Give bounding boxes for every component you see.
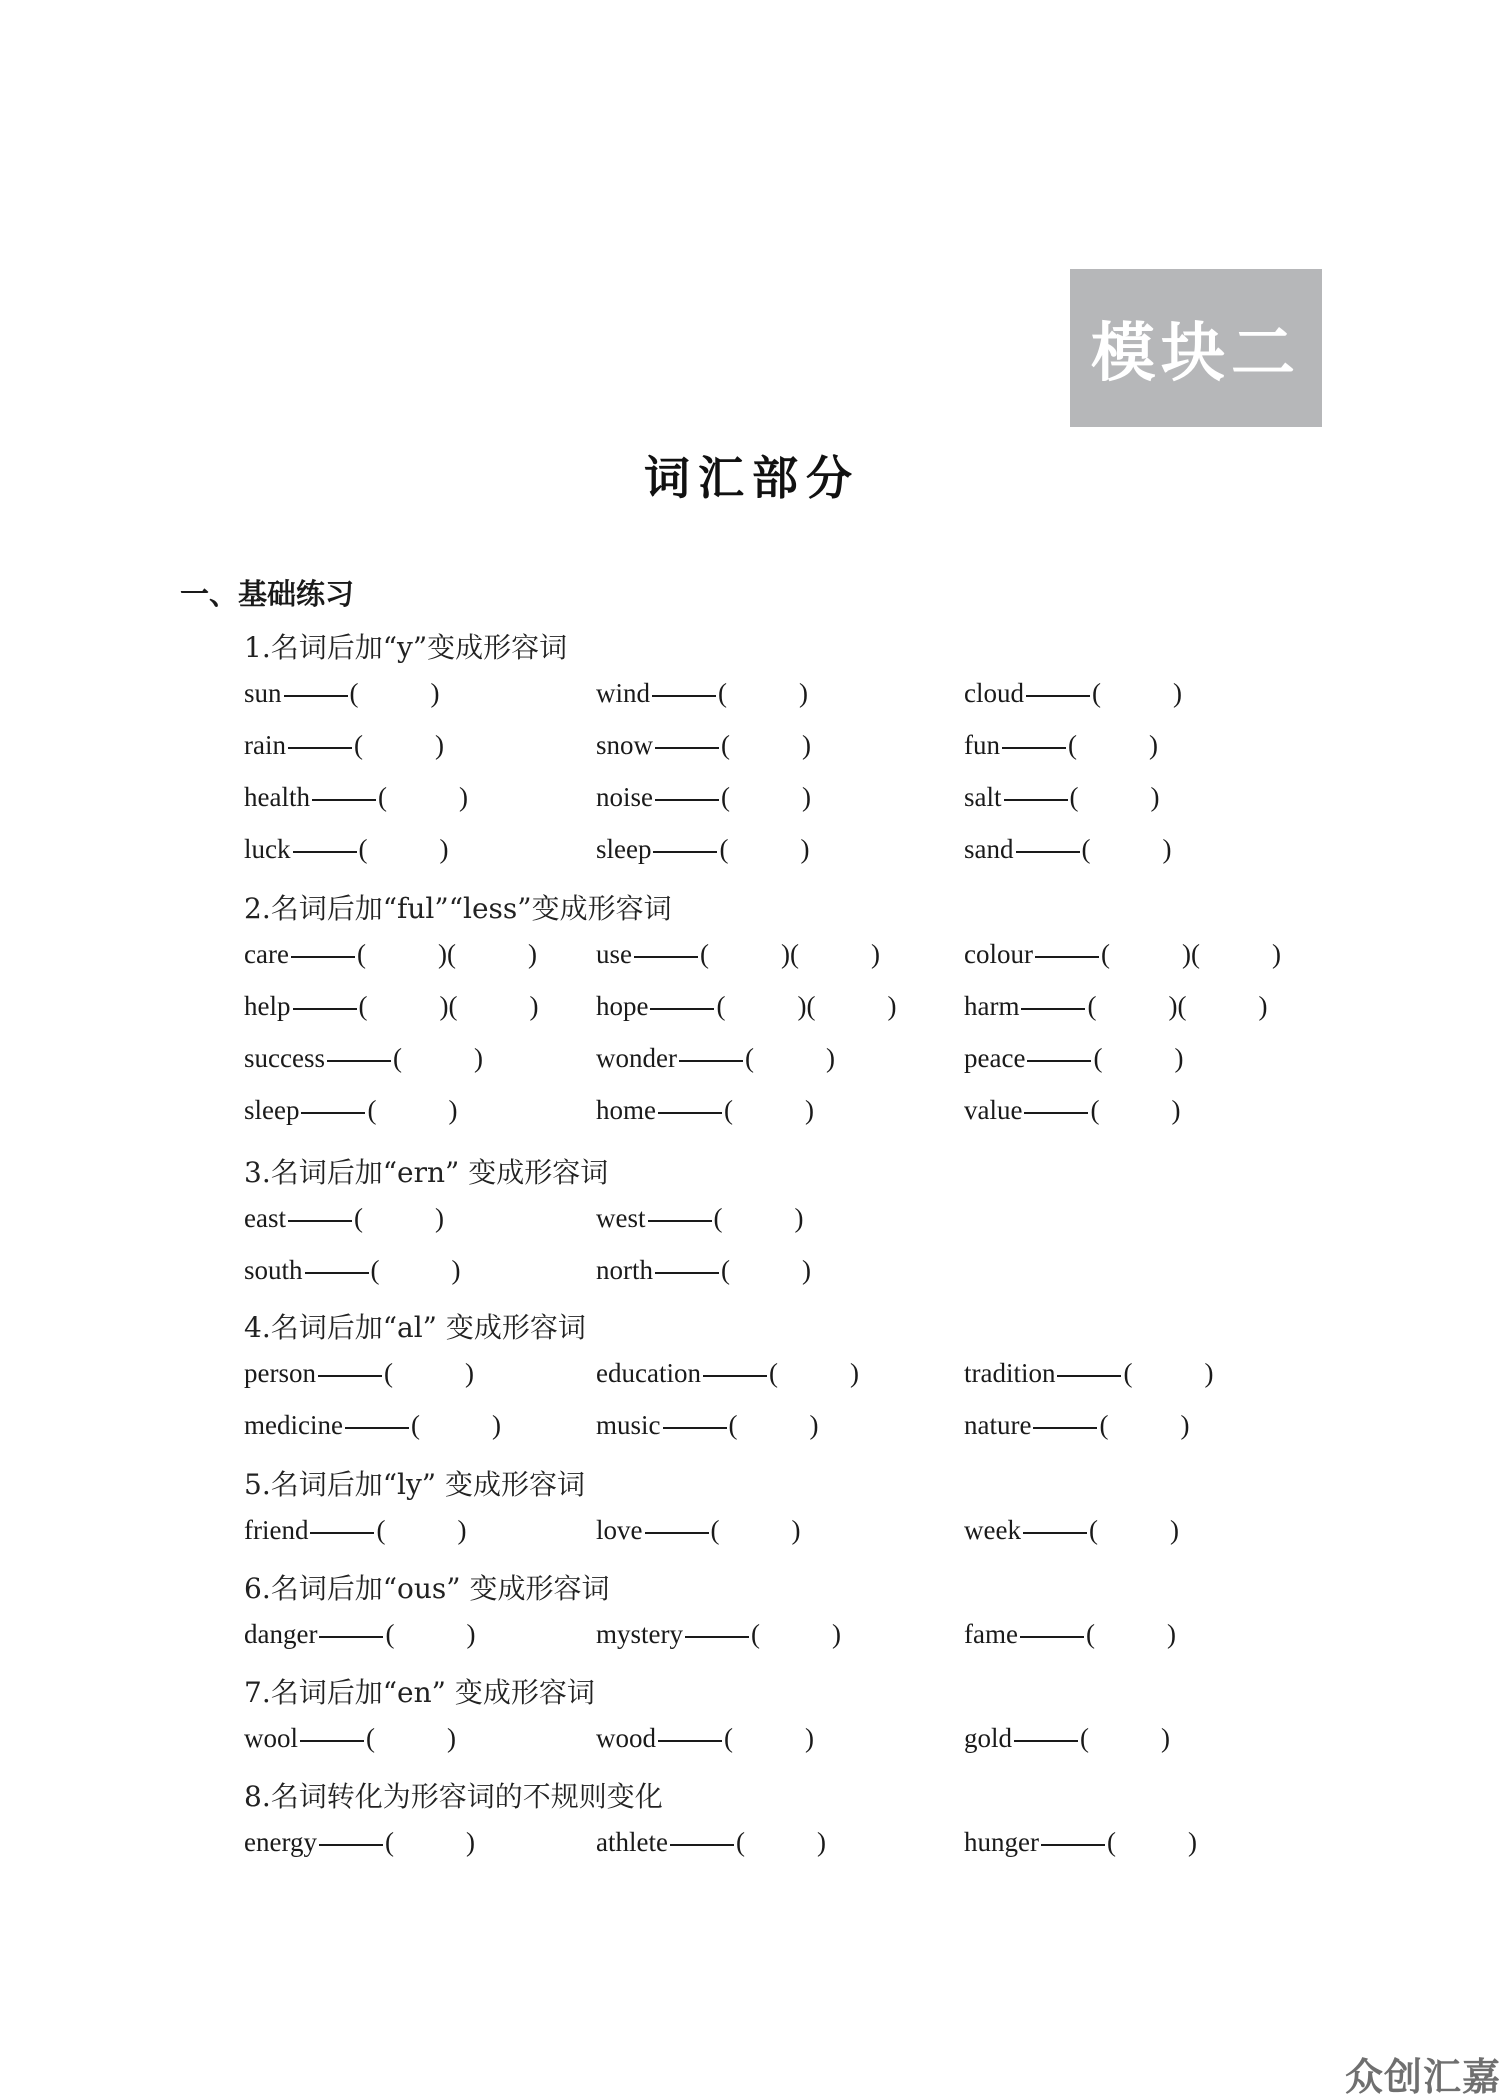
exercise-item: friend() — [244, 1515, 466, 1546]
dash-line — [650, 1008, 714, 1010]
exercise-item: sun() — [244, 678, 440, 709]
noun-word: south — [244, 1255, 303, 1285]
dash-line — [1057, 1375, 1121, 1377]
module-badge-label: 模块二 — [1091, 302, 1301, 394]
answer-blank[interactable]: () — [367, 1095, 457, 1125]
noun-word: sand — [964, 834, 1014, 864]
noun-word: tradition — [964, 1358, 1055, 1388]
dash-line — [658, 1740, 722, 1742]
exercise-item: week() — [964, 1515, 1179, 1546]
exercise-item: love() — [596, 1515, 801, 1546]
exercise-group-title: 5.名词后加“ly” 变成形容词 — [244, 1463, 585, 1503]
answer-blank[interactable]: () — [376, 1515, 466, 1545]
exercise-item: fame() — [964, 1619, 1176, 1650]
exercise-item: cloud() — [964, 678, 1182, 709]
answer-blank[interactable]: () — [711, 1515, 801, 1545]
noun-word: friend — [244, 1515, 308, 1545]
exercise-row: danger()mystery()fame() — [0, 1619, 1504, 1659]
noun-word: week — [964, 1515, 1021, 1545]
dash-line — [1024, 1112, 1088, 1114]
answer-blank[interactable]: () — [359, 991, 449, 1021]
answer-blank[interactable]: () — [724, 1723, 814, 1753]
exercise-item: health() — [244, 782, 468, 813]
exercise-row: health()noise()salt() — [0, 782, 1504, 822]
answer-blank[interactable]: () — [1090, 1095, 1180, 1125]
noun-word: sleep — [596, 834, 651, 864]
exercise-item: athlete() — [596, 1827, 826, 1858]
noun-word: peace — [964, 1043, 1025, 1073]
noun-word: noise — [596, 782, 653, 812]
answer-blank[interactable]: () — [447, 939, 537, 969]
exercise-item: wool() — [244, 1723, 456, 1754]
answer-blank[interactable]: () — [1087, 991, 1177, 1021]
noun-word: success — [244, 1043, 325, 1073]
noun-word: nature — [964, 1410, 1031, 1440]
answer-blank[interactable]: () — [385, 1619, 475, 1649]
exercise-item: music() — [596, 1410, 819, 1441]
dash-line — [1020, 1636, 1084, 1638]
dash-line — [288, 747, 352, 749]
dash-line — [310, 1532, 374, 1534]
answer-blank[interactable]: () — [384, 1358, 474, 1388]
noun-word: colour — [964, 939, 1033, 969]
answer-blank[interactable]: () — [729, 1410, 819, 1440]
answer-blank[interactable]: () — [806, 991, 896, 1021]
noun-word: wool — [244, 1723, 298, 1753]
answer-blank[interactable]: () — [721, 730, 811, 760]
answer-blank[interactable]: () — [366, 1723, 456, 1753]
answer-blank[interactable]: () — [1082, 834, 1172, 864]
answer-blank[interactable]: () — [721, 1255, 811, 1285]
dash-line — [312, 799, 376, 801]
dash-line — [679, 1060, 743, 1062]
noun-word: home — [596, 1095, 656, 1125]
dash-line — [655, 747, 719, 749]
noun-word: value — [964, 1095, 1022, 1125]
exercise-item: east() — [244, 1203, 444, 1234]
dash-line — [1021, 1008, 1085, 1010]
answer-blank[interactable]: () — [1080, 1723, 1170, 1753]
dash-line — [1016, 851, 1080, 853]
answer-blank[interactable]: () — [1092, 678, 1182, 708]
exercise-group-title: 8.名词转化为形容词的不规则变化 — [244, 1775, 663, 1815]
exercise-item: wind() — [596, 678, 808, 709]
noun-word: fame — [964, 1619, 1018, 1649]
exercise-item: hope()() — [596, 991, 896, 1022]
dash-line — [652, 695, 716, 697]
noun-word: west — [596, 1203, 646, 1233]
module-badge: 模块二 — [1070, 269, 1322, 427]
exercise-item: medicine() — [244, 1410, 501, 1441]
answer-blank[interactable]: () — [769, 1358, 859, 1388]
answer-blank[interactable]: () — [1101, 939, 1191, 969]
noun-word: danger — [244, 1619, 317, 1649]
answer-blank[interactable]: () — [354, 1203, 444, 1233]
noun-word: health — [244, 782, 310, 812]
noun-word: sun — [244, 678, 282, 708]
dash-line — [648, 1220, 712, 1222]
answer-blank[interactable]: () — [721, 782, 811, 812]
dash-line — [655, 799, 719, 801]
answer-blank[interactable]: () — [1177, 991, 1267, 1021]
noun-word: care — [244, 939, 289, 969]
answer-blank[interactable]: () — [1086, 1619, 1176, 1649]
noun-word: gold — [964, 1723, 1012, 1753]
exercise-item: help()() — [244, 991, 539, 1022]
answer-blank[interactable]: () — [1068, 730, 1158, 760]
dash-line — [1014, 1740, 1078, 1742]
exercise-row: rain()snow()fun() — [0, 730, 1504, 770]
noun-word: snow — [596, 730, 653, 760]
noun-word: music — [596, 1410, 661, 1440]
exercise-row: help()()hope()()harm()() — [0, 991, 1504, 1031]
dash-line — [1004, 799, 1068, 801]
exercise-row: person()education()tradition() — [0, 1358, 1504, 1398]
exercise-item: snow() — [596, 730, 811, 761]
exercise-group-title: 2.名词后加“ful”“less”变成形容词 — [244, 887, 672, 927]
exercise-item: gold() — [964, 1723, 1170, 1754]
dash-line — [301, 1112, 365, 1114]
exercise-item: luck() — [244, 834, 449, 865]
exercise-item: west() — [596, 1203, 804, 1234]
noun-word: hunger — [964, 1827, 1039, 1857]
answer-blank[interactable]: () — [359, 834, 449, 864]
answer-blank[interactable]: () — [1107, 1827, 1197, 1857]
answer-blank[interactable]: () — [1093, 1043, 1183, 1073]
exercise-row: sun()wind()cloud() — [0, 678, 1504, 718]
dash-line — [1041, 1844, 1105, 1846]
exercise-item: wonder() — [596, 1043, 835, 1074]
dash-line — [658, 1112, 722, 1114]
dash-line — [293, 1008, 357, 1010]
noun-word: east — [244, 1203, 286, 1233]
exercise-item: wood() — [596, 1723, 814, 1754]
exercise-item: energy() — [244, 1827, 475, 1858]
exercise-row: east()west() — [0, 1203, 1504, 1243]
exercise-row: energy()athlete()hunger() — [0, 1827, 1504, 1867]
answer-blank[interactable]: () — [700, 939, 790, 969]
noun-word: athlete — [596, 1827, 668, 1857]
answer-blank[interactable]: () — [378, 782, 468, 812]
exercise-item: rain() — [244, 730, 444, 761]
exercise-item: home() — [596, 1095, 814, 1126]
noun-word: salt — [964, 782, 1002, 812]
answer-blank[interactable]: () — [716, 991, 806, 1021]
exercise-item: tradition() — [964, 1358, 1213, 1389]
dash-line — [319, 1636, 383, 1638]
exercise-group-title: 4.名词后加“al” 变成形容词 — [244, 1306, 586, 1346]
noun-word: help — [244, 991, 291, 1021]
answer-blank[interactable]: () — [736, 1827, 826, 1857]
dash-line — [655, 1272, 719, 1274]
answer-blank[interactable]: () — [385, 1827, 475, 1857]
dash-line — [300, 1740, 364, 1742]
exercise-item: south() — [244, 1255, 461, 1286]
answer-blank[interactable]: () — [449, 991, 539, 1021]
exercise-item: nature() — [964, 1410, 1189, 1441]
answer-blank[interactable]: () — [751, 1619, 841, 1649]
dash-line — [305, 1272, 369, 1274]
exercise-row: care()()use()()colour()() — [0, 939, 1504, 979]
exercise-item: education() — [596, 1358, 859, 1389]
dash-line — [1002, 747, 1066, 749]
noun-word: love — [596, 1515, 643, 1545]
dash-line — [327, 1060, 391, 1062]
section-heading: 一、基础练习 — [180, 572, 354, 613]
answer-blank[interactable]: () — [1099, 1410, 1189, 1440]
dash-line — [670, 1844, 734, 1846]
noun-word: north — [596, 1255, 653, 1285]
watermark-logo: 众创汇嘉 — [1345, 2046, 1501, 2094]
noun-word: wonder — [596, 1043, 677, 1073]
exercise-group-title: 6.名词后加“ous” 变成形容词 — [244, 1567, 610, 1607]
answer-blank[interactable]: () — [719, 834, 809, 864]
answer-blank[interactable]: () — [350, 678, 440, 708]
answer-blank[interactable]: () — [714, 1203, 804, 1233]
exercise-group-title: 3.名词后加“ern” 变成形容词 — [244, 1151, 608, 1191]
answer-blank[interactable]: () — [371, 1255, 461, 1285]
exercise-item: mystery() — [596, 1619, 841, 1650]
exercise-item: harm()() — [964, 991, 1267, 1022]
dash-line — [291, 956, 355, 958]
exercise-row: medicine()music()nature() — [0, 1410, 1504, 1450]
exercise-group-title: 7.名词后加“en” 变成形容词 — [244, 1671, 595, 1711]
exercise-item: sleep() — [244, 1095, 457, 1126]
exercise-row: south()north() — [0, 1255, 1504, 1295]
noun-word: hope — [596, 991, 648, 1021]
dash-line — [288, 1220, 352, 1222]
exercise-item: noise() — [596, 782, 811, 813]
page-title: 词汇部分 — [0, 442, 1504, 508]
exercise-item: hunger() — [964, 1827, 1197, 1858]
dash-line — [703, 1375, 767, 1377]
exercise-item: person() — [244, 1358, 474, 1389]
exercise-item: sleep() — [596, 834, 809, 865]
exercise-row: sleep()home()value() — [0, 1095, 1504, 1135]
dash-line — [1033, 1427, 1097, 1429]
answer-blank[interactable]: () — [1123, 1358, 1213, 1388]
answer-blank[interactable]: () — [790, 939, 880, 969]
exercise-item: peace() — [964, 1043, 1183, 1074]
exercise-item: fun() — [964, 730, 1158, 761]
exercise-item: colour()() — [964, 939, 1281, 970]
noun-word: cloud — [964, 678, 1024, 708]
answer-blank[interactable]: () — [1070, 782, 1160, 812]
exercise-row: success()wonder()peace() — [0, 1043, 1504, 1083]
noun-word: harm — [964, 991, 1019, 1021]
dash-line — [319, 1844, 383, 1846]
dash-line — [284, 695, 348, 697]
dash-line — [1026, 695, 1090, 697]
dash-line — [685, 1636, 749, 1638]
exercise-row: wool()wood()gold() — [0, 1723, 1504, 1763]
noun-word: luck — [244, 834, 291, 864]
dash-line — [293, 851, 357, 853]
answer-blank[interactable]: () — [1089, 1515, 1179, 1545]
exercise-item: salt() — [964, 782, 1160, 813]
noun-word: sleep — [244, 1095, 299, 1125]
exercise-item: danger() — [244, 1619, 475, 1650]
dash-line — [345, 1427, 409, 1429]
dash-line — [1035, 956, 1099, 958]
exercise-item: north() — [596, 1255, 811, 1286]
answer-blank[interactable]: () — [393, 1043, 483, 1073]
exercise-row: friend()love()week() — [0, 1515, 1504, 1555]
answer-blank[interactable]: () — [718, 678, 808, 708]
exercise-item: care()() — [244, 939, 537, 970]
exercise-group-title: 1.名词后加“y”变成形容词 — [244, 626, 567, 666]
answer-blank[interactable]: () — [411, 1410, 501, 1440]
noun-word: use — [596, 939, 632, 969]
noun-word: wood — [596, 1723, 656, 1753]
dash-line — [653, 851, 717, 853]
dash-line — [634, 956, 698, 958]
exercise-item: success() — [244, 1043, 483, 1074]
exercise-row: luck()sleep()sand() — [0, 834, 1504, 874]
noun-word: fun — [964, 730, 1000, 760]
dash-line — [318, 1375, 382, 1377]
noun-word: person — [244, 1358, 316, 1388]
exercise-item: sand() — [964, 834, 1172, 865]
exercise-item: use()() — [596, 939, 880, 970]
dash-line — [1027, 1060, 1091, 1062]
exercise-item: value() — [964, 1095, 1180, 1126]
dash-line — [1023, 1532, 1087, 1534]
answer-blank[interactable]: () — [724, 1095, 814, 1125]
answer-blank[interactable]: () — [354, 730, 444, 760]
noun-word: wind — [596, 678, 650, 708]
dash-line — [645, 1532, 709, 1534]
noun-word: medicine — [244, 1410, 343, 1440]
answer-blank[interactable]: () — [1191, 939, 1281, 969]
answer-blank[interactable]: () — [357, 939, 447, 969]
noun-word: rain — [244, 730, 286, 760]
answer-blank[interactable]: () — [745, 1043, 835, 1073]
noun-word: mystery — [596, 1619, 683, 1649]
noun-word: energy — [244, 1827, 317, 1857]
dash-line — [663, 1427, 727, 1429]
noun-word: education — [596, 1358, 701, 1388]
